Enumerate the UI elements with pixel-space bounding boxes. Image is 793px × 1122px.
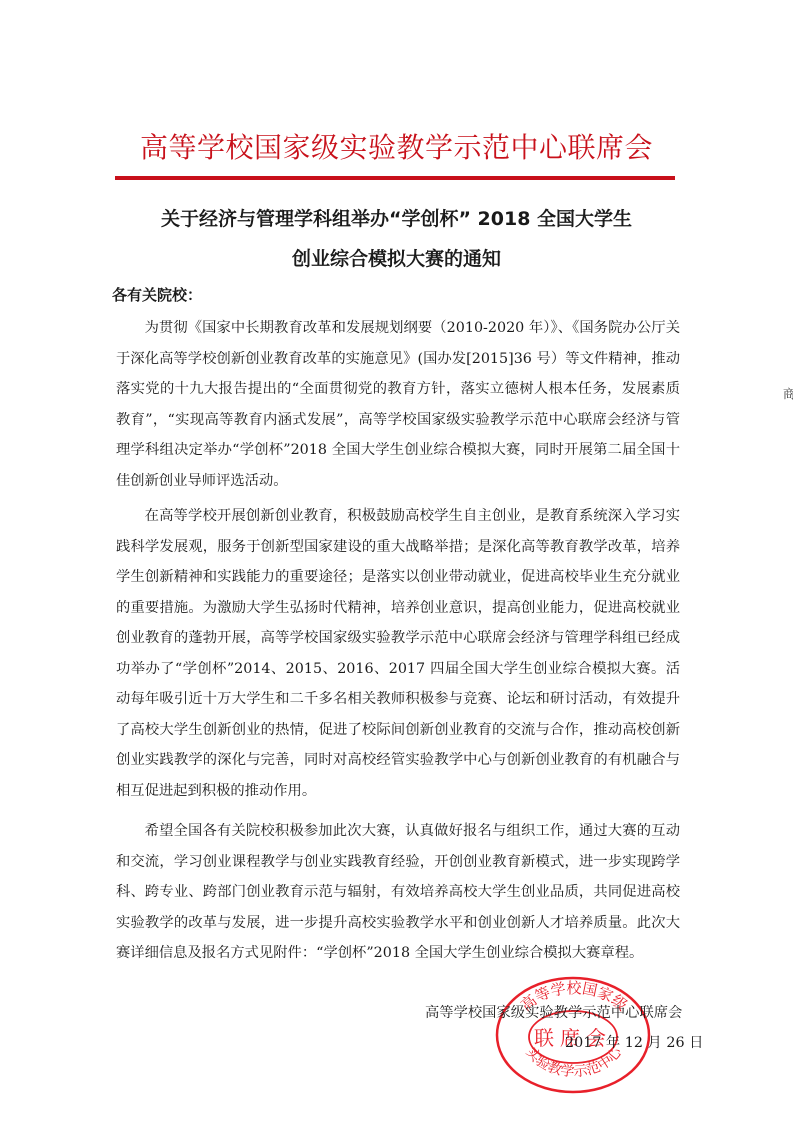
paragraph-text: 在高等学校开展创新创业教育，积极鼓励高校学生自主创业，是教育系统深入学习实践科学… (116, 501, 680, 806)
signature-organization: 高等学校国家级实验教学示范中心联席会 (425, 1002, 682, 1022)
signature-date: 2017 年 12 月 26 日 (565, 1032, 703, 1052)
paragraph-1: 为贯彻《国家中长期教育改革和发展规划纲要（2010-2020 年）》、《国务院办… (116, 313, 680, 496)
paragraph-text: 希望全国各有关院校积极参加此次大赛，认真做好报名与组织工作，通过大赛的互动和交流… (116, 816, 680, 969)
letterhead-org-name: 高等学校国家级实验教学示范中心联席会 (0, 126, 793, 166)
letterhead-red-rule (115, 176, 675, 180)
paragraph-2: 在高等学校开展创新创业教育，积极鼓励高校学生自主创业，是教育系统深入学习实践科学… (116, 501, 680, 806)
salutation: 各有关院校： (112, 284, 202, 305)
document-title-line-1: 关于经济与管理学科组举办“学创杯” 2018 全国大学生 (0, 204, 793, 231)
paragraph-3: 希望全国各有关院校积极参加此次大赛，认真做好报名与组织工作，通过大赛的互动和交流… (116, 816, 680, 969)
margin-mark: 商 (783, 385, 793, 402)
paragraph-text: 为贯彻《国家中长期教育改革和发展规划纲要（2010-2020 年）》、《国务院办… (116, 313, 680, 496)
document-title-line-2: 创业综合模拟大赛的通知 (0, 244, 793, 271)
